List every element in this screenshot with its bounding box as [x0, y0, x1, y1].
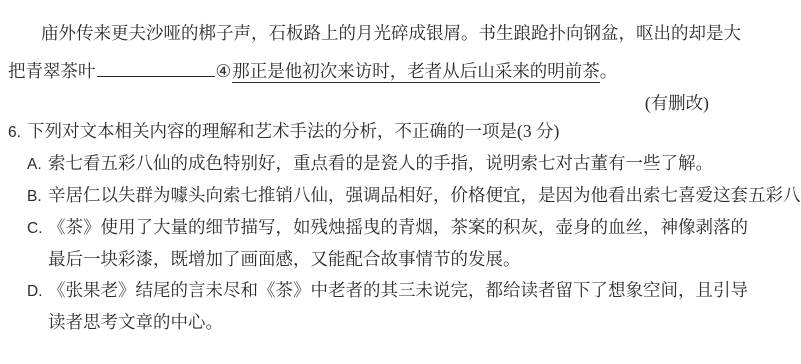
- option-c-text-line-2: 最后一块彩漆，既增加了画面感，又能配合故事情节的发展。: [8, 244, 793, 275]
- option-c-text-line-1: 《茶》使用了大量的细节描写，如残烛摇曳的青烟，茶案的积灰，壶身的血丝，神像剥落的: [48, 217, 748, 237]
- passage-line2-prefix: 把青翠茶叶: [8, 61, 96, 81]
- option-c: C.《茶》使用了大量的细节描写，如残烛摇曳的青烟，茶案的积灰，壶身的血丝，神像剥…: [8, 212, 793, 275]
- passage-line-1: 庙外传来更夫沙哑的梆子声，石板路上的月光碎成银屑。书生踉跄扑向钢盆，呕出的却是大: [8, 14, 793, 52]
- passage-line-2: 把青翠茶叶④那正是他初次来访时，老者从后山采来的明前茶。: [8, 52, 793, 90]
- option-a: A.索七看五彩八仙的成色特别好，重点看的是瓷人的手指，说明索七对古董有一些了解。: [8, 148, 793, 180]
- annotation-dash-rule: [97, 66, 215, 77]
- annotation-marker: ④: [216, 61, 232, 81]
- option-d: D.《张果老》结尾的言未尽和《茶》中老者的其三未说完，都给读者留下了想象空间，且…: [8, 275, 793, 338]
- option-d-label: D.: [27, 276, 48, 307]
- option-d-text-line-2: 读者思考文章的中心。: [8, 307, 793, 338]
- underlined-sentence: 那正是他初次来访时，老者从后山采来的明前茶: [232, 61, 600, 83]
- option-c-label: C.: [27, 213, 48, 244]
- exam-document: 庙外传来更夫沙哑的梆子声，石板路上的月光碎成银屑。书生踉跄扑向钢盆，呕出的却是大…: [0, 0, 801, 364]
- option-b-label: B.: [27, 181, 48, 212]
- passage: 庙外传来更夫沙哑的梆子声，石板路上的月光碎成银屑。书生踉跄扑向钢盆，呕出的却是大…: [8, 14, 793, 116]
- question-stem-line: 6.下列对文本相关内容的理解和艺术手法的分析，不正确的一项是(3 分): [8, 116, 793, 148]
- sentence-end-punctuation: 。: [600, 61, 618, 81]
- option-b-text: 辛居仁以失群为噱头向索七推销八仙，强调品相好，价格便宜，是因为他看出索七喜爱这套…: [48, 185, 801, 205]
- question-stem: 下列对文本相关内容的理解和艺术手法的分析，不正确的一项是(3 分): [27, 121, 559, 141]
- question-number: 6.: [8, 117, 27, 148]
- option-a-text: 索七看五彩八仙的成色特别好，重点看的是瓷人的手指，说明索七对古董有一些了解。: [48, 153, 713, 173]
- option-b: B.辛居仁以失群为噱头向索七推销八仙，强调品相好，价格便宜，是因为他看出索七喜爱…: [8, 180, 793, 212]
- question-6: 6.下列对文本相关内容的理解和艺术手法的分析，不正确的一项是(3 分) A.索七…: [8, 116, 793, 338]
- option-d-text-line-1: 《张果老》结尾的言未尽和《茶》中老者的其三未说完，都给读者留下了想象空间，且引导: [48, 280, 748, 300]
- source-note: (有删改): [8, 90, 793, 116]
- option-a-label: A.: [27, 149, 48, 180]
